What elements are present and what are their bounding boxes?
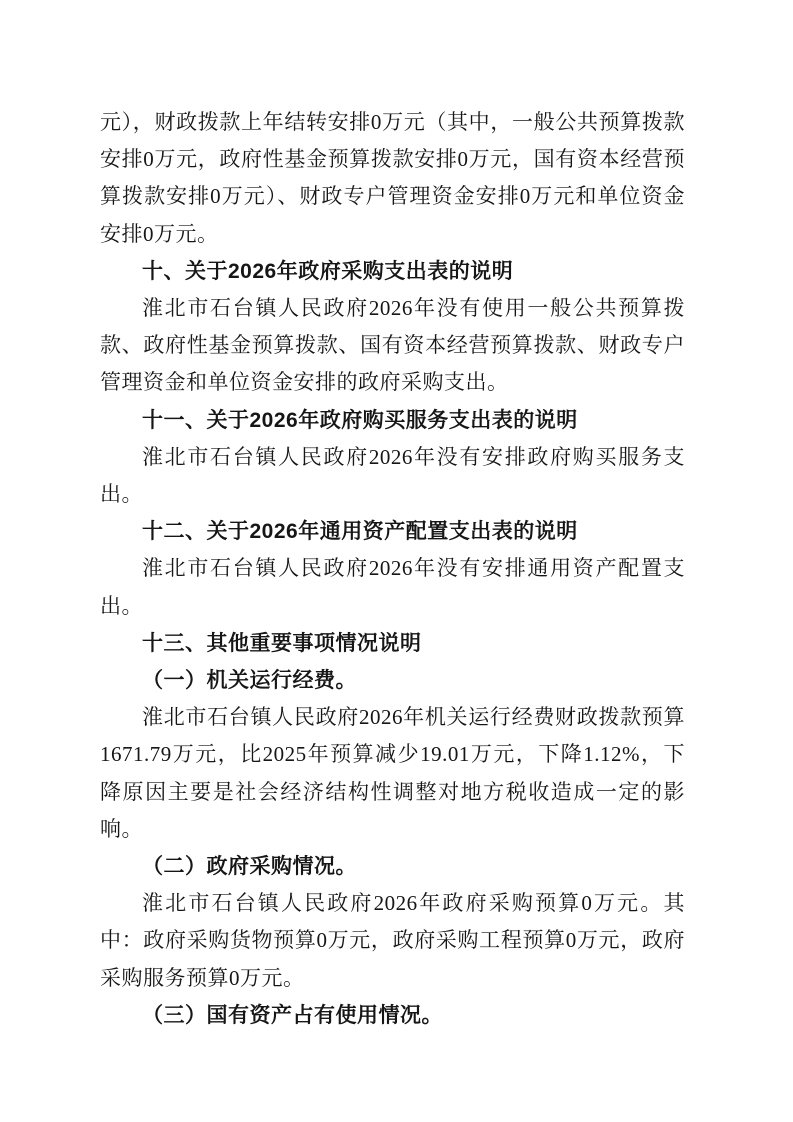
subheading-13-1-organ-operating-funds: （一）机关运行经费。: [100, 662, 685, 699]
heading-section-10-government-procurement-expenditure: 十、关于2026年政府采购支出表的说明: [100, 253, 685, 290]
subheading-13-2-government-procurement-situation: （二）政府采购情况。: [100, 848, 685, 885]
paragraph-13-2-government-procurement-body: 淮北市石台镇人民政府2026年政府采购预算0万元。其中：政府采购货物预算0万元，…: [100, 885, 685, 997]
heading-section-11-purchase-of-services-expenditure: 十一、关于2026年政府购买服务支出表的说明: [100, 402, 685, 439]
heading-section-12-general-asset-allocation-expenditure: 十二、关于2026年通用资产配置支出表的说明: [100, 513, 685, 550]
heading-section-13-other-important-matters: 十三、其他重要事项情况说明: [100, 625, 685, 662]
document-page: 元），财政拨款上年结转安排0万元（其中，一般公共预算拨款安排0万元，政府性基金预…: [0, 0, 793, 1122]
paragraph-13-1-organ-operating-funds-body: 淮北市石台镇人民政府2026年机关运行经费财政拨款预算1671.79万元，比20…: [100, 699, 685, 848]
paragraph-fiscal-carryover-continuation: 元），财政拨款上年结转安排0万元（其中，一般公共预算拨款安排0万元，政府性基金预…: [100, 104, 685, 253]
paragraph-section-10-body: 淮北市石台镇人民政府2026年没有使用一般公共预算拨款、政府性基金预算拨款、国有…: [100, 290, 685, 402]
subheading-13-3-state-owned-assets-usage: （三）国有资产占有使用情况。: [100, 997, 685, 1034]
paragraph-section-11-body: 淮北市石台镇人民政府2026年没有安排政府购买服务支出。: [100, 439, 685, 513]
paragraph-section-12-body: 淮北市石台镇人民政府2026年没有安排通用资产配置支出。: [100, 550, 685, 624]
